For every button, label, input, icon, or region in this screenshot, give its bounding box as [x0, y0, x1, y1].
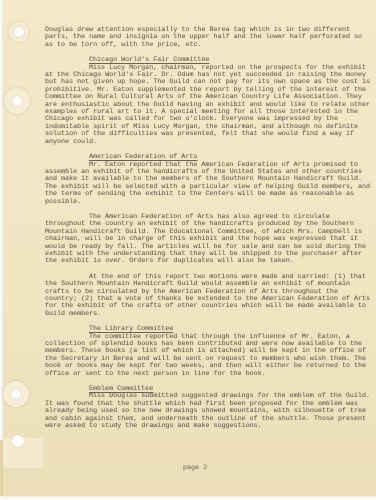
paragraph: The committee reported that through the … — [45, 334, 373, 378]
paragraph: Mr. Eaton reported that the American Fed… — [45, 162, 373, 206]
paragraph: Miss Douglas submitted suggested drawing… — [45, 393, 373, 430]
paragraph: The American Federation of Arts has also… — [45, 214, 373, 266]
punch-hole-icon — [12, 435, 24, 447]
document-paper: Douglas drew attention especially to the… — [3, 0, 376, 496]
paragraph: Miss Lucy Morgan, chairman, reported on … — [45, 65, 373, 146]
page-number: page 2 — [183, 464, 207, 472]
section-library-committee: The Library Committee The committee repo… — [45, 326, 373, 378]
section-emblem-committee: Emblem Committee Miss Douglas submitted … — [45, 386, 373, 430]
scanned-page: Douglas drew attention especially to the… — [0, 0, 376, 500]
punch-hole-icon — [11, 389, 21, 399]
punch-hole-icon — [14, 27, 24, 37]
paragraph: At the end of this report two motions we… — [45, 274, 373, 318]
section-chicago-worlds-fair: Chicago World's Fair Committee Miss Lucy… — [45, 57, 373, 146]
section-american-federation-of-arts: American Federation of Arts Mr. Eaton re… — [45, 154, 373, 318]
punch-hole-icon — [12, 96, 22, 106]
typed-text-body: Douglas drew attention especially to the… — [45, 27, 373, 431]
continuation-paragraph: Douglas drew attention especially to the… — [45, 27, 373, 49]
